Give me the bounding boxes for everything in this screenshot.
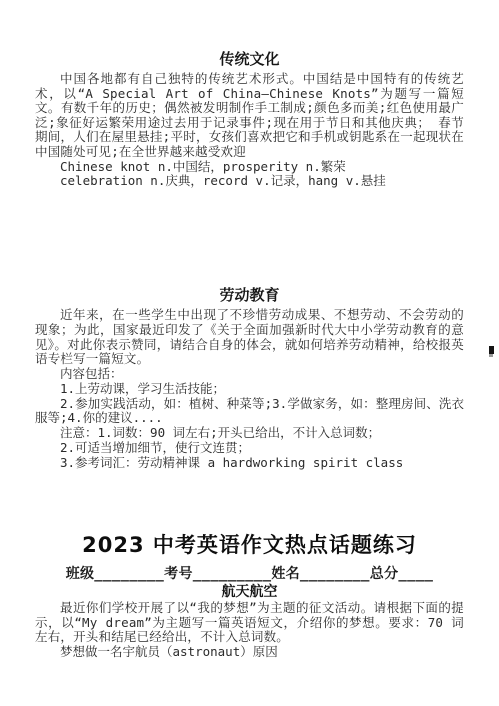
note-line: 注意：1.词数：90 词左右;开头已给出，不计入总词数； xyxy=(35,426,464,441)
section-gap xyxy=(35,471,464,531)
field-label-exam-number: 考号 xyxy=(164,566,193,582)
vocab-line: Chinese knot n.中国结，prosperity n.繁荣 xyxy=(35,160,464,175)
section-title-labor-education: 劳动教育 xyxy=(35,286,464,304)
section-title-traditional-culture: 传统文化 xyxy=(35,50,464,68)
scan-artifact-mark xyxy=(489,346,494,354)
section-traditional-culture: 传统文化 中国各地都有自己独特的传统艺术形式。中国结是中国特有的传统艺术，以“A… xyxy=(35,50,464,189)
hint-line: 梦想做一名宇航员（astronaut）原因 xyxy=(35,645,464,660)
note-line: 3.参考词汇：劳动精神课 a hardworking spirit class xyxy=(35,456,464,471)
section-title-aerospace: 航天航空 xyxy=(35,584,464,600)
worksheet-page: 传统文化 中国各地都有自己独特的传统艺术形式。中国结是中国特有的传统艺术，以“A… xyxy=(0,0,499,706)
field-blank-class: ________ xyxy=(94,566,164,582)
vocab-line: celebration n.庆典，record v.记录，hang v.悬挂 xyxy=(35,174,464,189)
content-label: 内容包括： xyxy=(35,367,464,382)
section-labor-education: 劳动教育 近年来，在一些学生中出现了不珍惜劳动成果、不想劳动、不会劳动的现象；为… xyxy=(35,286,464,471)
field-blank-name: ________ xyxy=(300,566,370,582)
section-aerospace: 航天航空 最近你们学校开展了以“我的梦想”为主题的征文活动。请根据下面的提示，以… xyxy=(35,584,464,660)
student-info-line: 班级________考号_________姓名________总分____ xyxy=(35,566,464,583)
field-blank-exam-number: _________ xyxy=(193,566,272,582)
essay-prompt-paragraph: 中国各地都有自己独特的传统艺术形式。中国结是中国特有的传统艺术，以“A Spec… xyxy=(35,72,464,160)
field-label-total-score: 总分 xyxy=(370,566,399,582)
page-title: 2023 中考英语作文热点话题练习 xyxy=(35,531,464,559)
field-label-class: 班级 xyxy=(66,566,95,582)
section-gap xyxy=(35,189,464,286)
field-blank-total-score: ____ xyxy=(398,566,433,582)
content-item: 2.参加实践活动，如：植树、种菜等;3.学做家务，如：整理房间、洗衣服等;4.你… xyxy=(35,397,464,427)
essay-prompt-paragraph: 近年来，在一些学生中出现了不珍惜劳动成果、不想劳动、不会劳动的现象；为此，国家最… xyxy=(35,308,464,366)
content-item: 1.上劳动课，学习生活技能； xyxy=(35,382,464,397)
field-label-name: 姓名 xyxy=(271,566,300,582)
essay-prompt-paragraph: 最近你们学校开展了以“我的梦想”为主题的征文活动。请根据下面的提示，以“My d… xyxy=(35,601,464,645)
note-line: 2.可适当增加细节，使行文连贯； xyxy=(35,441,464,456)
